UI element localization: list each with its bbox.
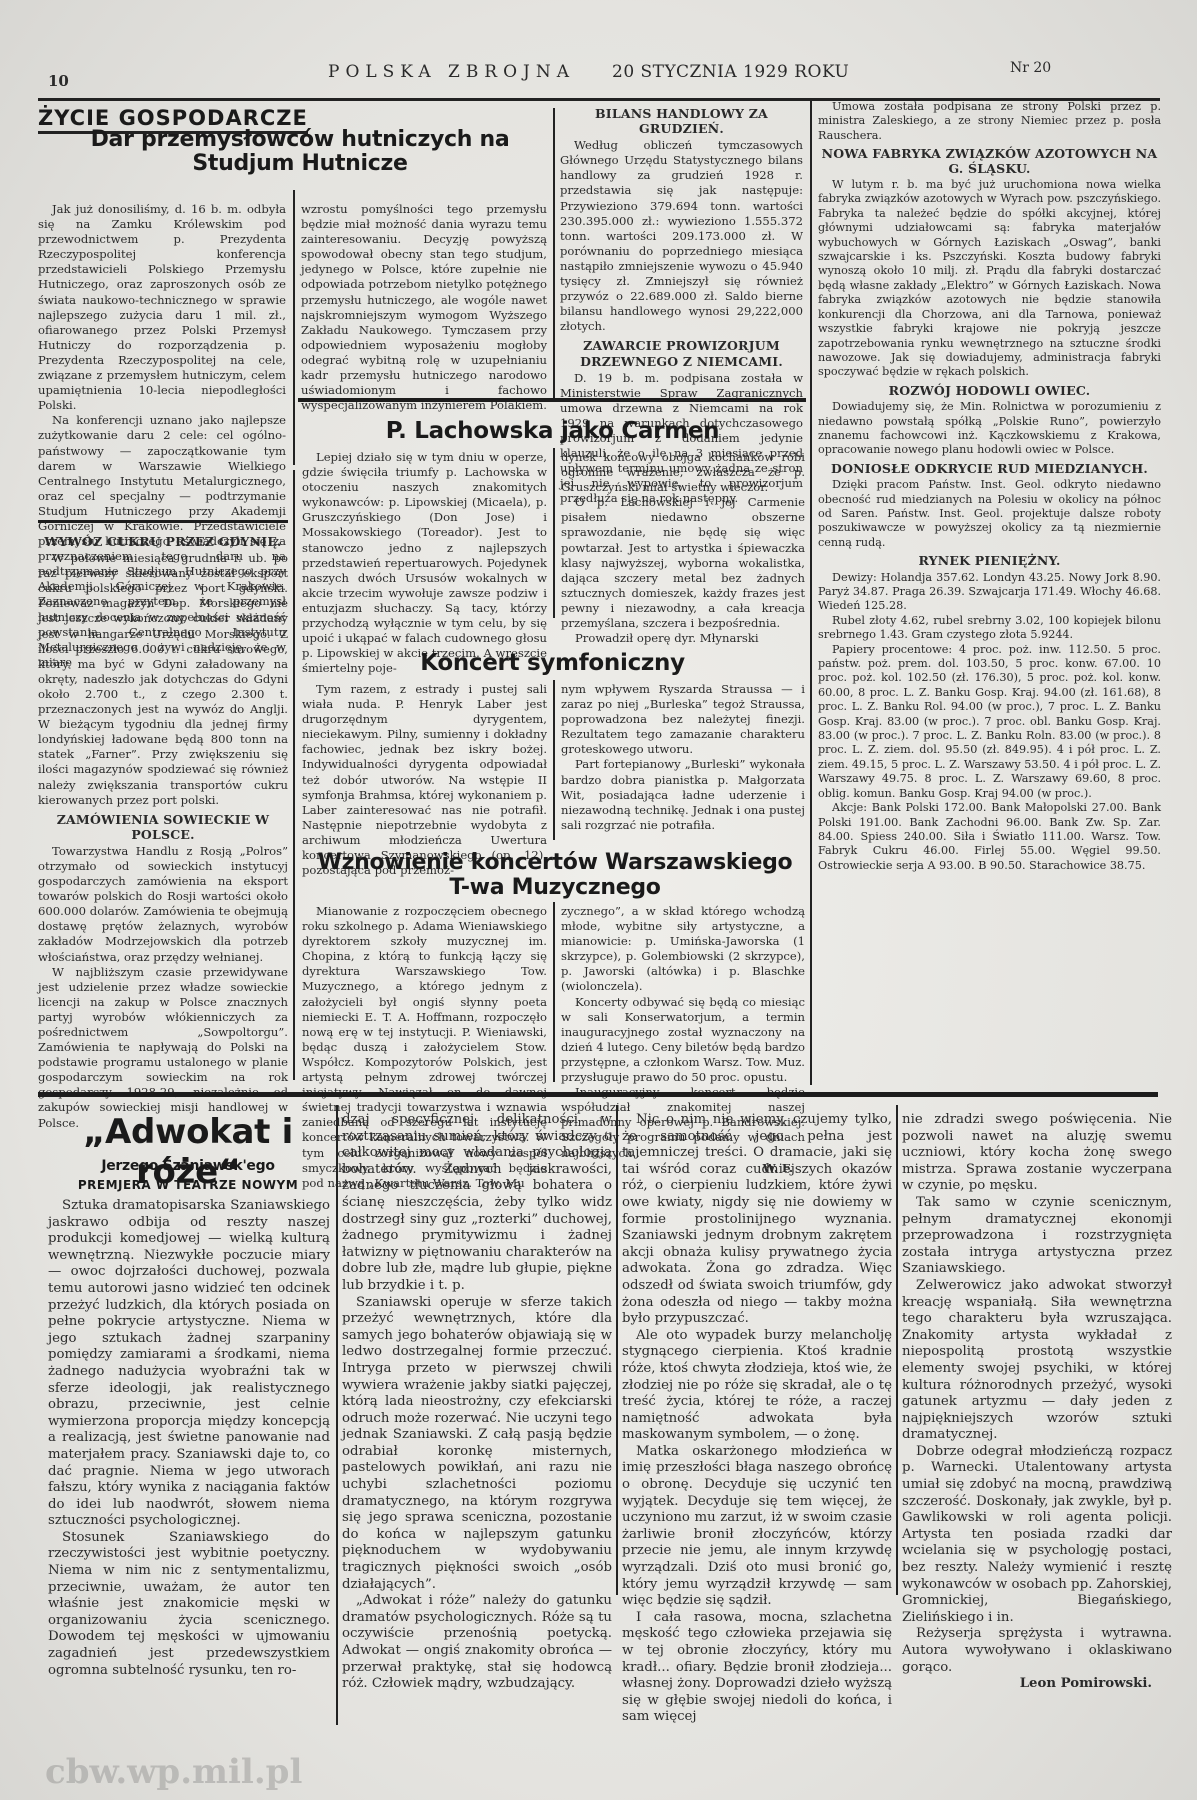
left-column-trade: WYWÓZ CUKRU PRZEZ GDYNIĘ. W połowie mies… xyxy=(38,530,288,1131)
page-divider-rule xyxy=(38,1092,1158,1097)
column-divider xyxy=(553,108,555,398)
article-adwokat-col3: Nic o nim nie wiemy, czujemy tylko, że s… xyxy=(622,1112,892,1726)
headline-wznowienie: Wznowienie koncertów Warszawskiego T-wa … xyxy=(305,850,805,900)
column-divider xyxy=(616,1105,618,1595)
column-divider xyxy=(896,1105,898,1595)
section-rule xyxy=(298,398,806,402)
article-carmen-col1: Lepiej działo się w tym dniu w operze, g… xyxy=(302,450,547,676)
headline-koncert: Koncert symfoniczny xyxy=(300,650,805,676)
article-koncert-col2: nym wpływem Ryszarda Straussa — i zaraz … xyxy=(561,682,805,833)
issue-number: Nr 20 xyxy=(1010,60,1051,76)
article-adwokat-col1: Sztuka dramatopisarska Szaniawskiego jas… xyxy=(48,1198,330,1679)
headline-carmen: P. Lachowska jako Carmen xyxy=(300,418,805,444)
article-bilans: BILANS HANDLOWY ZA GRUDZIEŃ. Według obli… xyxy=(560,102,803,506)
column-divider xyxy=(553,448,555,618)
article-carmen-col2: dynek końcowy obojga kochanków robi ogro… xyxy=(561,450,805,646)
article-adwokat-col4: nie zdradzi swego poświęcenia. Nie pozwo… xyxy=(902,1112,1172,1693)
kicker-adwokat: PREMJERA W TEATRZE NOWYM xyxy=(48,1178,328,1192)
column-divider xyxy=(293,190,295,465)
article-koncert-col1: Tym razem, z estrady i pustej sali wiała… xyxy=(302,682,547,878)
article-dar-col2: wzrostu pomyślności tego przemysłu będzi… xyxy=(301,202,547,413)
watermark: cbw.wp.mil.pl xyxy=(45,1752,302,1792)
column-divider xyxy=(810,100,812,1085)
newspaper-title: POLSKA ZBROJNA xyxy=(328,62,575,82)
column-divider xyxy=(553,680,555,840)
issue-date: 20 STYCZNIA 1929 ROKU xyxy=(612,62,849,82)
headline-dar: Dar przemysłowców hutniczych na Studjum … xyxy=(40,128,560,176)
right-column-economy: Umowa została podpisana ze strony Polski… xyxy=(818,100,1161,873)
article-adwokat-col2: dzaj specyficznej delikatności w roztrzą… xyxy=(342,1112,612,1693)
column-divider xyxy=(293,470,295,1080)
subhead-adwokat: Jerzego Szaniawsk'ego xyxy=(48,1158,328,1174)
newspaper-page: 10 POLSKA ZBROJNA 20 STYCZNIA 1929 ROKU … xyxy=(0,0,1197,1800)
section-rule xyxy=(38,520,288,523)
page-number: 10 xyxy=(48,72,69,90)
signature-pomirowski: Leon Pomirowski. xyxy=(902,1676,1152,1693)
column-divider xyxy=(553,902,555,1082)
column-divider xyxy=(336,1105,338,1725)
